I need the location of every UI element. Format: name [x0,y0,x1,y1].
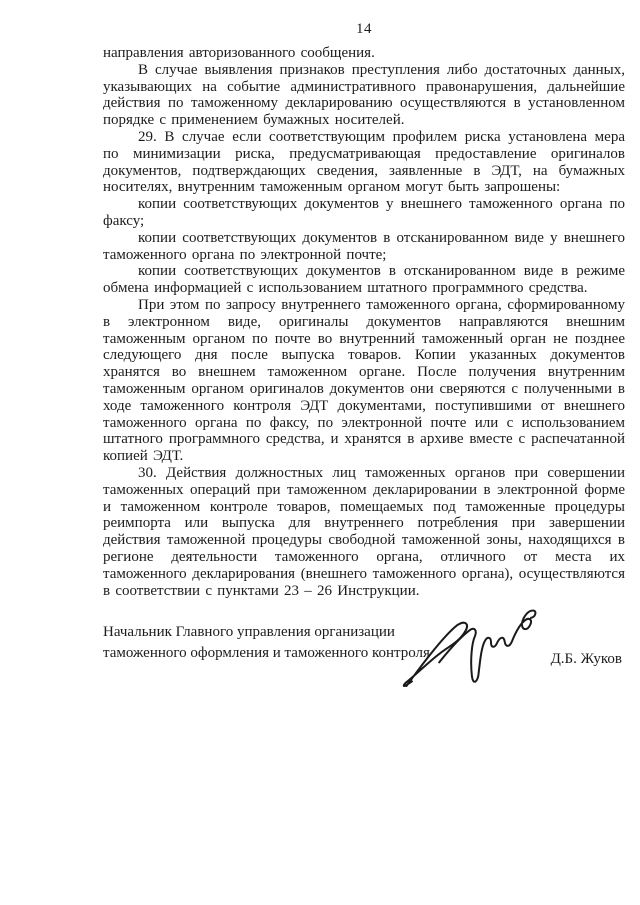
document-body: направления авторизованного сообщения. В… [103,45,625,599]
paragraph-continuation: направления авторизованного сообщения. [103,45,625,62]
paragraph-item-30: 30. Действия должностных лиц таможенных … [103,465,625,599]
paragraph: При этом по запросу внутреннего таможенн… [103,297,625,465]
document-page: 14 направления авторизованного сообщения… [0,0,640,905]
paragraph-list-item: копии соответствующих документов в отска… [103,230,625,264]
page-number: 14 [103,21,625,38]
signatory-name: Д.Б. Жуков [551,649,622,670]
signature-icon [391,596,551,696]
paragraph: В случае выявления признаков преступлени… [103,62,625,129]
paragraph-list-item: копии соответствующих документов в отска… [103,263,625,297]
paragraph-list-item: копии соответствующих документов у внешн… [103,196,625,230]
signature-block: Начальник Главного управления организаци… [103,622,625,663]
paragraph-item-29: 29. В случае если соответствующим профил… [103,129,625,196]
